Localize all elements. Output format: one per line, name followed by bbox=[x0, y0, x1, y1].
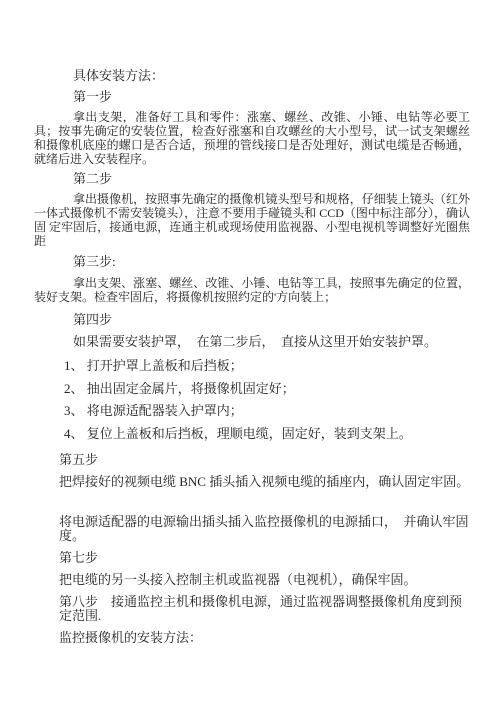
body-paragraph: 拿出支架、涨塞、螺丝、改锥、小锤、电钻等工具，按照事先确定的位置，装好支架。检查… bbox=[34, 276, 470, 304]
body-paragraph: 拿出摄像机，按照事先确定的摄像机镜头型号和规格，仔细装上镜头（红外一体式摄像机不… bbox=[34, 192, 470, 248]
step-6-body-line: 将电源适配器的电源输出插头插入监控摄像机的电源插口， 并确认牢固度。 bbox=[34, 515, 470, 543]
step-5-body-line: 把焊接好的视频电缆 BNC 插头插入视频电缆的插座内，确认固定牢固。 bbox=[34, 475, 470, 489]
step-8-line: 第八步 接通监控主机和摄像机电源，通过监视器调整摄像机角度到预定范围. bbox=[34, 595, 470, 623]
step-heading-1: 第一步 bbox=[34, 90, 470, 104]
step-heading-5: 第五步 bbox=[34, 453, 470, 467]
closing-title-line: 监控摄像机的安装方法： bbox=[34, 631, 470, 645]
step-heading-7: 第七步 bbox=[34, 551, 470, 565]
step-heading-4: 第四步 bbox=[34, 313, 470, 327]
list-item-2: 2、 抽出固定金属片，将摄像机固定好； bbox=[34, 382, 470, 396]
list-item-1: 1、 打开护罩上盖板和后挡板； bbox=[34, 359, 470, 373]
step-4-intro-line: 如果需要安装护罩， 在第二步后， 直接从这里开始安装护罩。 bbox=[34, 335, 470, 349]
step-7-body-line: 把电缆的另一头接入控制主机或监视器（电视机），确保牢固。 bbox=[34, 573, 470, 587]
document-page: 具体安装方法： 第一步 拿出支架，准备好工具和零件：涨塞、螺丝、改锥、小锤、电钻… bbox=[0, 0, 500, 707]
step-heading-3: 第三步: bbox=[34, 255, 470, 269]
list-item-3: 3、 将电源适配器装入护罩内； bbox=[34, 404, 470, 418]
step-heading-2: 第二步 bbox=[34, 172, 470, 186]
list-item-4: 4、 复位上盖板和后挡板，理顺电缆，固定好，装到支架上。 bbox=[34, 427, 470, 441]
body-paragraph: 拿出支架，准备好工具和零件：涨塞、螺丝、改锥、小锤、电钻等必要工具；按事先确定的… bbox=[34, 110, 470, 166]
doc-title-line: 具体安装方法： bbox=[34, 69, 470, 83]
